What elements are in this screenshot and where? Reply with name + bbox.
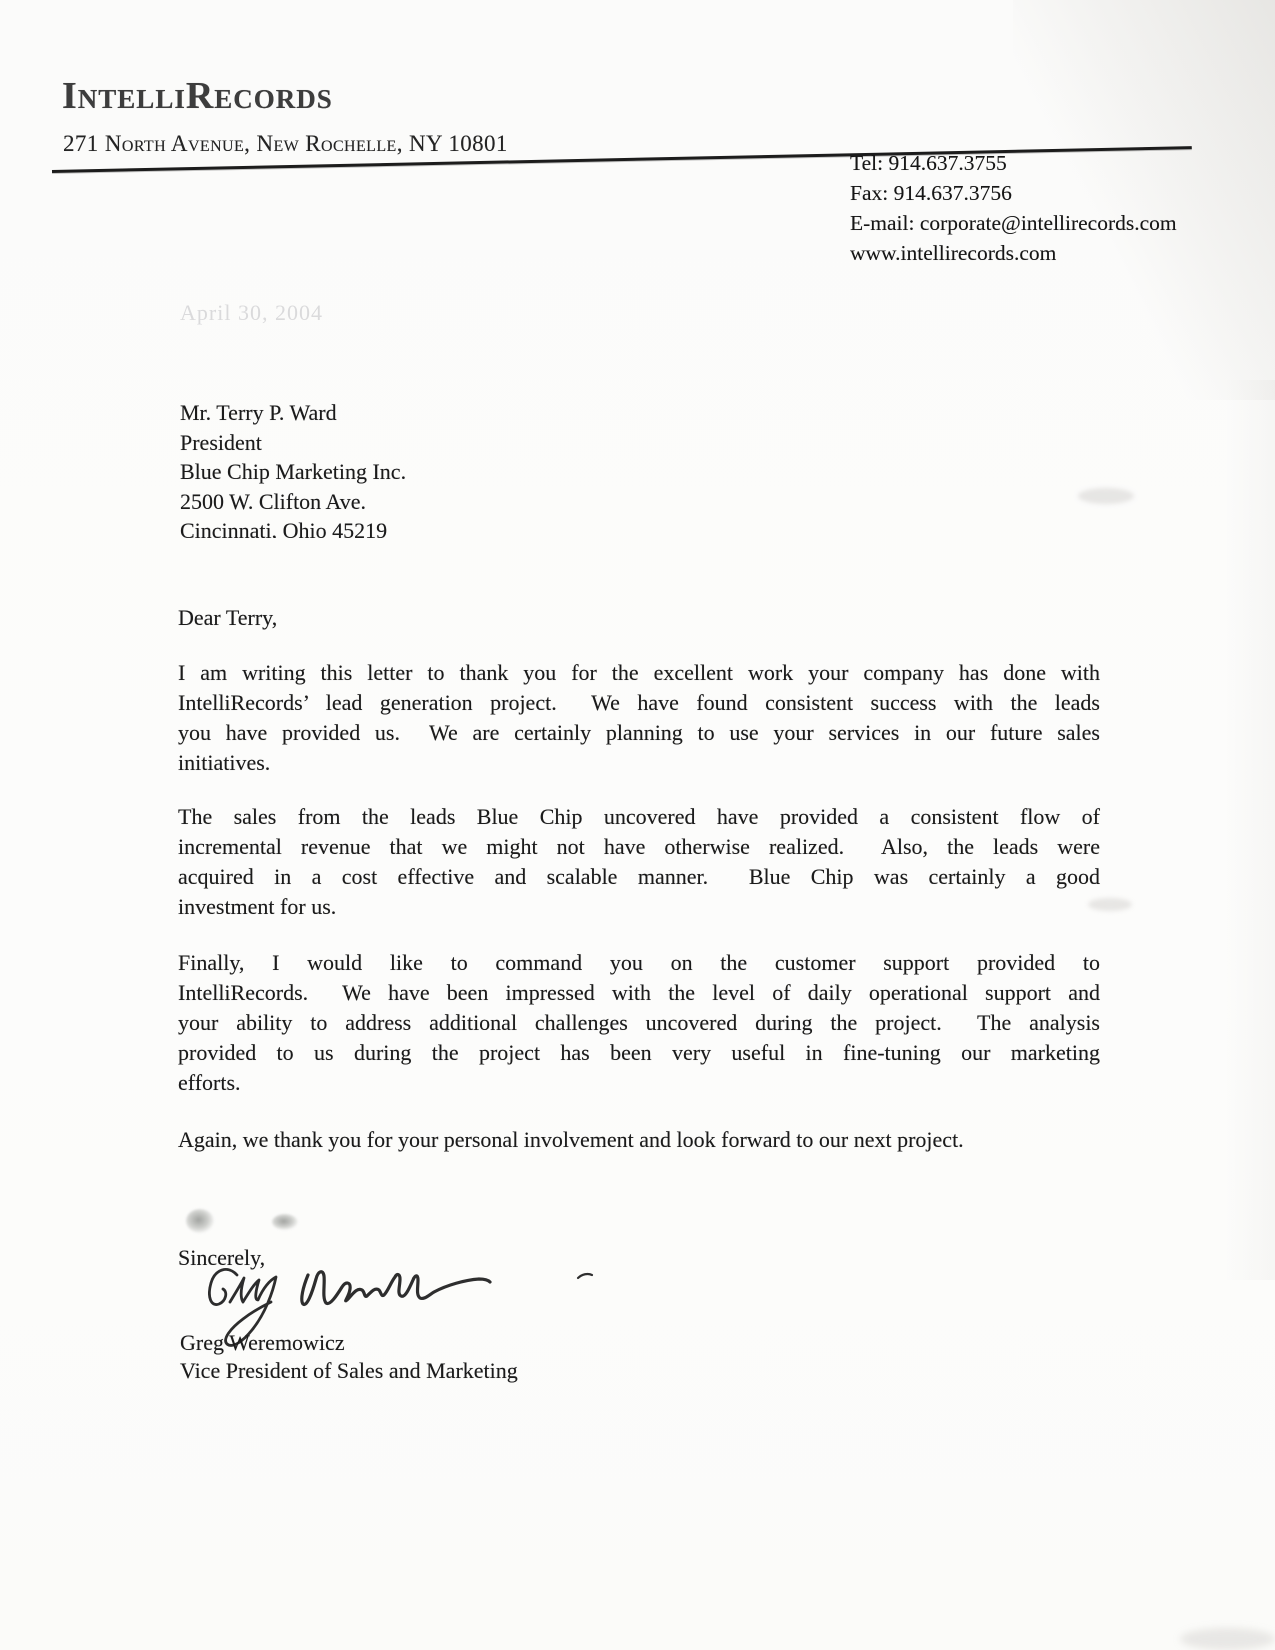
recipient-line: Blue Chip Marketing Inc. <box>180 457 406 487</box>
recipient-line: Cincinnati, Ohio 45219 <box>180 516 406 538</box>
body-line: Again, we thank you for your personal in… <box>178 1125 1100 1155</box>
body-paragraph: Finally, I would like to command you on … <box>178 948 1100 1098</box>
contact-line: E-mail: corporate@intellirecords.com <box>850 208 1177 238</box>
body-line: I am writing this letter to thank you fo… <box>178 658 1100 688</box>
signature-stroke <box>209 1269 237 1304</box>
company-address: 271 North Avenue, New Rochelle, NY 10801 <box>63 131 508 157</box>
body-line: IntelliRecords. We have been impressed w… <box>178 978 1100 1008</box>
signer-name: Greg Weremowicz <box>180 1329 518 1357</box>
contact-line: Tel: 914.637.3755 <box>850 148 1177 178</box>
body-line: efforts. <box>178 1068 1100 1098</box>
salutation: Dear Terry, <box>178 603 277 633</box>
company-name: IntelliRecords <box>62 74 333 118</box>
scan-smudge <box>1180 1628 1275 1650</box>
body-line: you have provided us. We are certainly p… <box>178 718 1100 748</box>
body-line: acquired in a cost effective and scalabl… <box>178 862 1100 892</box>
body-line: your ability to address additional chall… <box>178 1008 1100 1038</box>
scan-smudge <box>1078 488 1134 504</box>
signer-block: Greg Weremowicz Vice President of Sales … <box>180 1329 518 1385</box>
ink-smudge <box>272 1214 298 1230</box>
contact-line: Fax: 914.637.3756 <box>850 178 1177 208</box>
body-line: investment for us. <box>178 892 1100 922</box>
closing: Sincerely, <box>178 1243 265 1273</box>
signature-stroke <box>578 1274 592 1278</box>
body-paragraph: The sales from the leads Blue Chip uncov… <box>178 802 1100 922</box>
signer-title: Vice President of Sales and Marketing <box>180 1357 518 1385</box>
recipient-line: President <box>180 428 406 458</box>
scanned-letter-page: IntelliRecords 271 North Avenue, New Roc… <box>0 0 1275 1650</box>
body-line: initiatives. <box>178 748 1100 778</box>
ink-smudge <box>186 1209 214 1233</box>
letter-date-faded: April 30, 2004 <box>180 300 323 326</box>
recipient-block: Mr. Terry P. WardPresidentBlue Chip Mark… <box>180 398 406 538</box>
scan-edge-shadow <box>1225 380 1275 1280</box>
body-line: incremental revenue that we might not ha… <box>178 832 1100 862</box>
contact-line: www.intellirecords.com <box>850 238 1177 268</box>
body-paragraph: I am writing this letter to thank you fo… <box>178 658 1100 778</box>
body-paragraph: Again, we thank you for your personal in… <box>178 1125 1100 1155</box>
recipient-line: 2500 W. Clifton Ave. <box>180 487 406 517</box>
body-line: Finally, I would like to command you on … <box>178 948 1100 978</box>
body-line: IntelliRecords’ lead generation project.… <box>178 688 1100 718</box>
signature-stroke <box>302 1272 490 1305</box>
recipient-line: Mr. Terry P. Ward <box>180 398 406 428</box>
body-line: The sales from the leads Blue Chip uncov… <box>178 802 1100 832</box>
contact-block: Tel: 914.637.3755Fax: 914.637.3756E-mail… <box>850 148 1177 268</box>
body-line: provided to us during the project has be… <box>178 1038 1100 1068</box>
